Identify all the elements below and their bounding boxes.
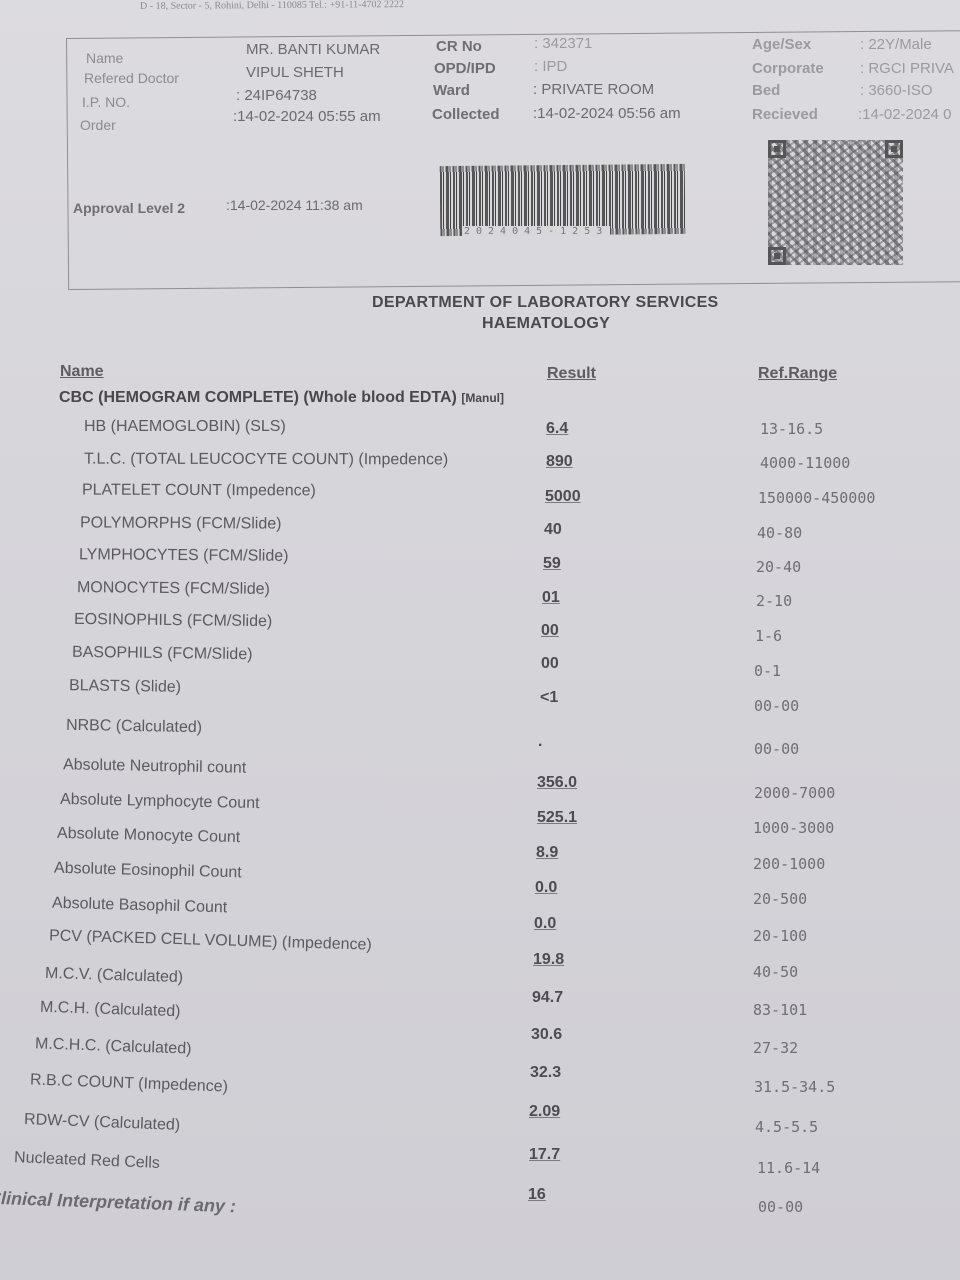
test-name: LYMPHOCYTES (FCM/Slide) <box>79 546 289 566</box>
test-result: 01 <box>542 589 560 607</box>
test-result: 40 <box>544 521 562 539</box>
column-header-range: Ref.Range <box>758 365 837 383</box>
test-result: 19.8 <box>533 951 564 969</box>
test-result: 00 <box>541 655 559 673</box>
ipno-value: : 24IP64738 <box>236 87 317 104</box>
ipno-label: I.P. NO. <box>82 94 130 110</box>
test-name: M.C.V. (Calculated) <box>45 965 184 987</box>
approval-value: :14-02-2024 11:38 am <box>226 197 363 213</box>
bed-value: : 3660-ISO <box>860 82 933 99</box>
test-reference-range: 20-40 <box>756 558 801 576</box>
order-label: Order <box>80 117 116 133</box>
doctor-label: Refered Doctor <box>84 70 179 86</box>
test-name: M.C.H.C. (Calculated) <box>35 1035 192 1058</box>
test-name: Absolute Eosinophil Count <box>54 860 242 883</box>
test-name: EOSINOPHILS (FCM/Slide) <box>74 611 272 631</box>
age-value: : 22Y/Male <box>860 36 932 53</box>
test-result: . <box>538 733 542 751</box>
ward-value: : PRIVATE ROOM <box>533 81 654 98</box>
test-reference-range: 31.5-34.5 <box>754 1078 835 1096</box>
test-result: 6.4 <box>546 420 568 438</box>
patient-name: MR. BANTI KUMAR <box>246 41 380 58</box>
test-name: Nucleated Red Cells <box>14 1149 160 1173</box>
clinical-interpretation-label: Clinical Interpretation if any : <box>0 1188 236 1218</box>
test-reference-range: 0-1 <box>754 662 781 680</box>
test-reference-range: 1000-3000 <box>753 819 834 837</box>
test-name: R.B.C COUNT (Impedence) <box>30 1071 229 1096</box>
qr-code-image <box>768 140 903 265</box>
test-reference-range: 150000-450000 <box>758 489 875 507</box>
test-reference-range: 83-101 <box>753 1001 807 1019</box>
test-name: Absolute Monocyte Count <box>57 825 241 847</box>
test-name: PCV (PACKED CELL VOLUME) (Impedence) <box>49 927 372 954</box>
opd-label: OPD/IPD <box>434 60 496 77</box>
order-value: :14-02-2024 05:55 am <box>233 108 381 125</box>
test-name: BLASTS (Slide) <box>69 677 181 697</box>
test-name: T.L.C. (TOTAL LEUCOCYTE COUNT) (Impedenc… <box>84 451 448 470</box>
received-value: :14-02-2024 0 <box>858 106 951 123</box>
test-reference-range: 40-80 <box>757 524 802 542</box>
column-header-result: Result <box>547 365 596 383</box>
test-reference-range: 2000-7000 <box>754 784 835 802</box>
collected-label: Collected <box>432 106 500 123</box>
opd-value: : IPD <box>534 58 567 75</box>
test-result: 890 <box>546 453 573 471</box>
test-name: Absolute Neutrophil count <box>63 756 247 777</box>
test-result: 525.1 <box>537 809 577 827</box>
test-result: 59 <box>543 555 561 573</box>
test-reference-range: 2-10 <box>756 592 792 610</box>
test-section-title: CBC (HEMOGRAM COMPLETE) (Whole blood EDT… <box>59 389 504 407</box>
collected-value: :14-02-2024 05:56 am <box>533 105 681 122</box>
test-result: 0.0 <box>534 915 556 933</box>
department-subtitle: HAEMATOLOGY <box>482 315 610 333</box>
barcode-number: 2024045-1253 <box>462 226 610 237</box>
test-reference-range: 00-00 <box>758 1198 803 1216</box>
test-reference-range: 1-6 <box>755 627 782 645</box>
crno-value: : 342371 <box>534 35 592 52</box>
test-reference-range: 40-50 <box>753 963 798 981</box>
bed-label: Bed <box>752 82 780 99</box>
test-name: MONOCYTES (FCM/Slide) <box>77 579 270 599</box>
test-result: 16 <box>528 1186 546 1204</box>
test-result: <1 <box>540 689 558 707</box>
test-reference-range: 20-500 <box>753 890 807 908</box>
test-reference-range: 4000-11000 <box>760 454 850 472</box>
test-result: 17.7 <box>529 1146 560 1164</box>
test-result: 30.6 <box>531 1026 562 1044</box>
test-name: POLYMORPHS (FCM/Slide) <box>80 514 282 533</box>
test-result: 356.0 <box>537 774 577 792</box>
test-result: 8.9 <box>536 844 558 862</box>
crno-label: CR No <box>436 38 482 55</box>
test-result: 00 <box>541 622 559 640</box>
test-result: 32.3 <box>530 1064 561 1082</box>
test-name: RDW-CV (Calculated) <box>24 1111 181 1135</box>
corporate-value: : RGCI PRIVA <box>860 60 954 77</box>
test-reference-range: 00-00 <box>754 697 799 715</box>
letterhead-address: D - 18, Sector - 5, Rohini, Delhi - 1100… <box>140 0 404 12</box>
test-reference-range: 4.5-5.5 <box>755 1118 818 1136</box>
age-label: Age/Sex <box>752 36 811 53</box>
section-tag: [Manul] <box>461 391 504 405</box>
test-reference-range: 200-1000 <box>753 855 825 873</box>
test-reference-range: 11.6-14 <box>757 1159 820 1177</box>
corporate-label: Corporate <box>752 60 824 77</box>
test-reference-range: 20-100 <box>753 927 807 945</box>
test-reference-range: 00-00 <box>754 740 799 758</box>
test-result: 5000 <box>545 488 581 506</box>
name-label: Name <box>86 50 123 66</box>
test-name: BASOPHILS (FCM/Slide) <box>72 644 253 664</box>
department-title: DEPARTMENT OF LABORATORY SERVICES <box>372 294 719 312</box>
test-name: M.C.H. (Calculated) <box>40 999 181 1022</box>
approval-label: Approval Level 2 <box>73 200 185 216</box>
test-result: 2.09 <box>529 1103 560 1121</box>
test-result: 0.0 <box>535 879 557 897</box>
test-name: Absolute Lymphocyte Count <box>60 791 260 813</box>
test-result: 94.7 <box>532 989 563 1007</box>
test-name: HB (HAEMOGLOBIN) (SLS) <box>84 418 286 436</box>
test-reference-range: 27-32 <box>753 1039 798 1057</box>
column-header-name: Name <box>60 363 104 381</box>
test-reference-range: 13-16.5 <box>760 420 823 438</box>
received-label: Recieved <box>752 106 818 123</box>
test-name: NRBC (Calculated) <box>66 717 202 737</box>
doctor-name: VIPUL SHETH <box>246 64 344 81</box>
test-name: Absolute Basophil Count <box>52 895 228 918</box>
test-name: PLATELET COUNT (Impedence) <box>82 482 316 501</box>
ward-label: Ward <box>433 82 470 99</box>
